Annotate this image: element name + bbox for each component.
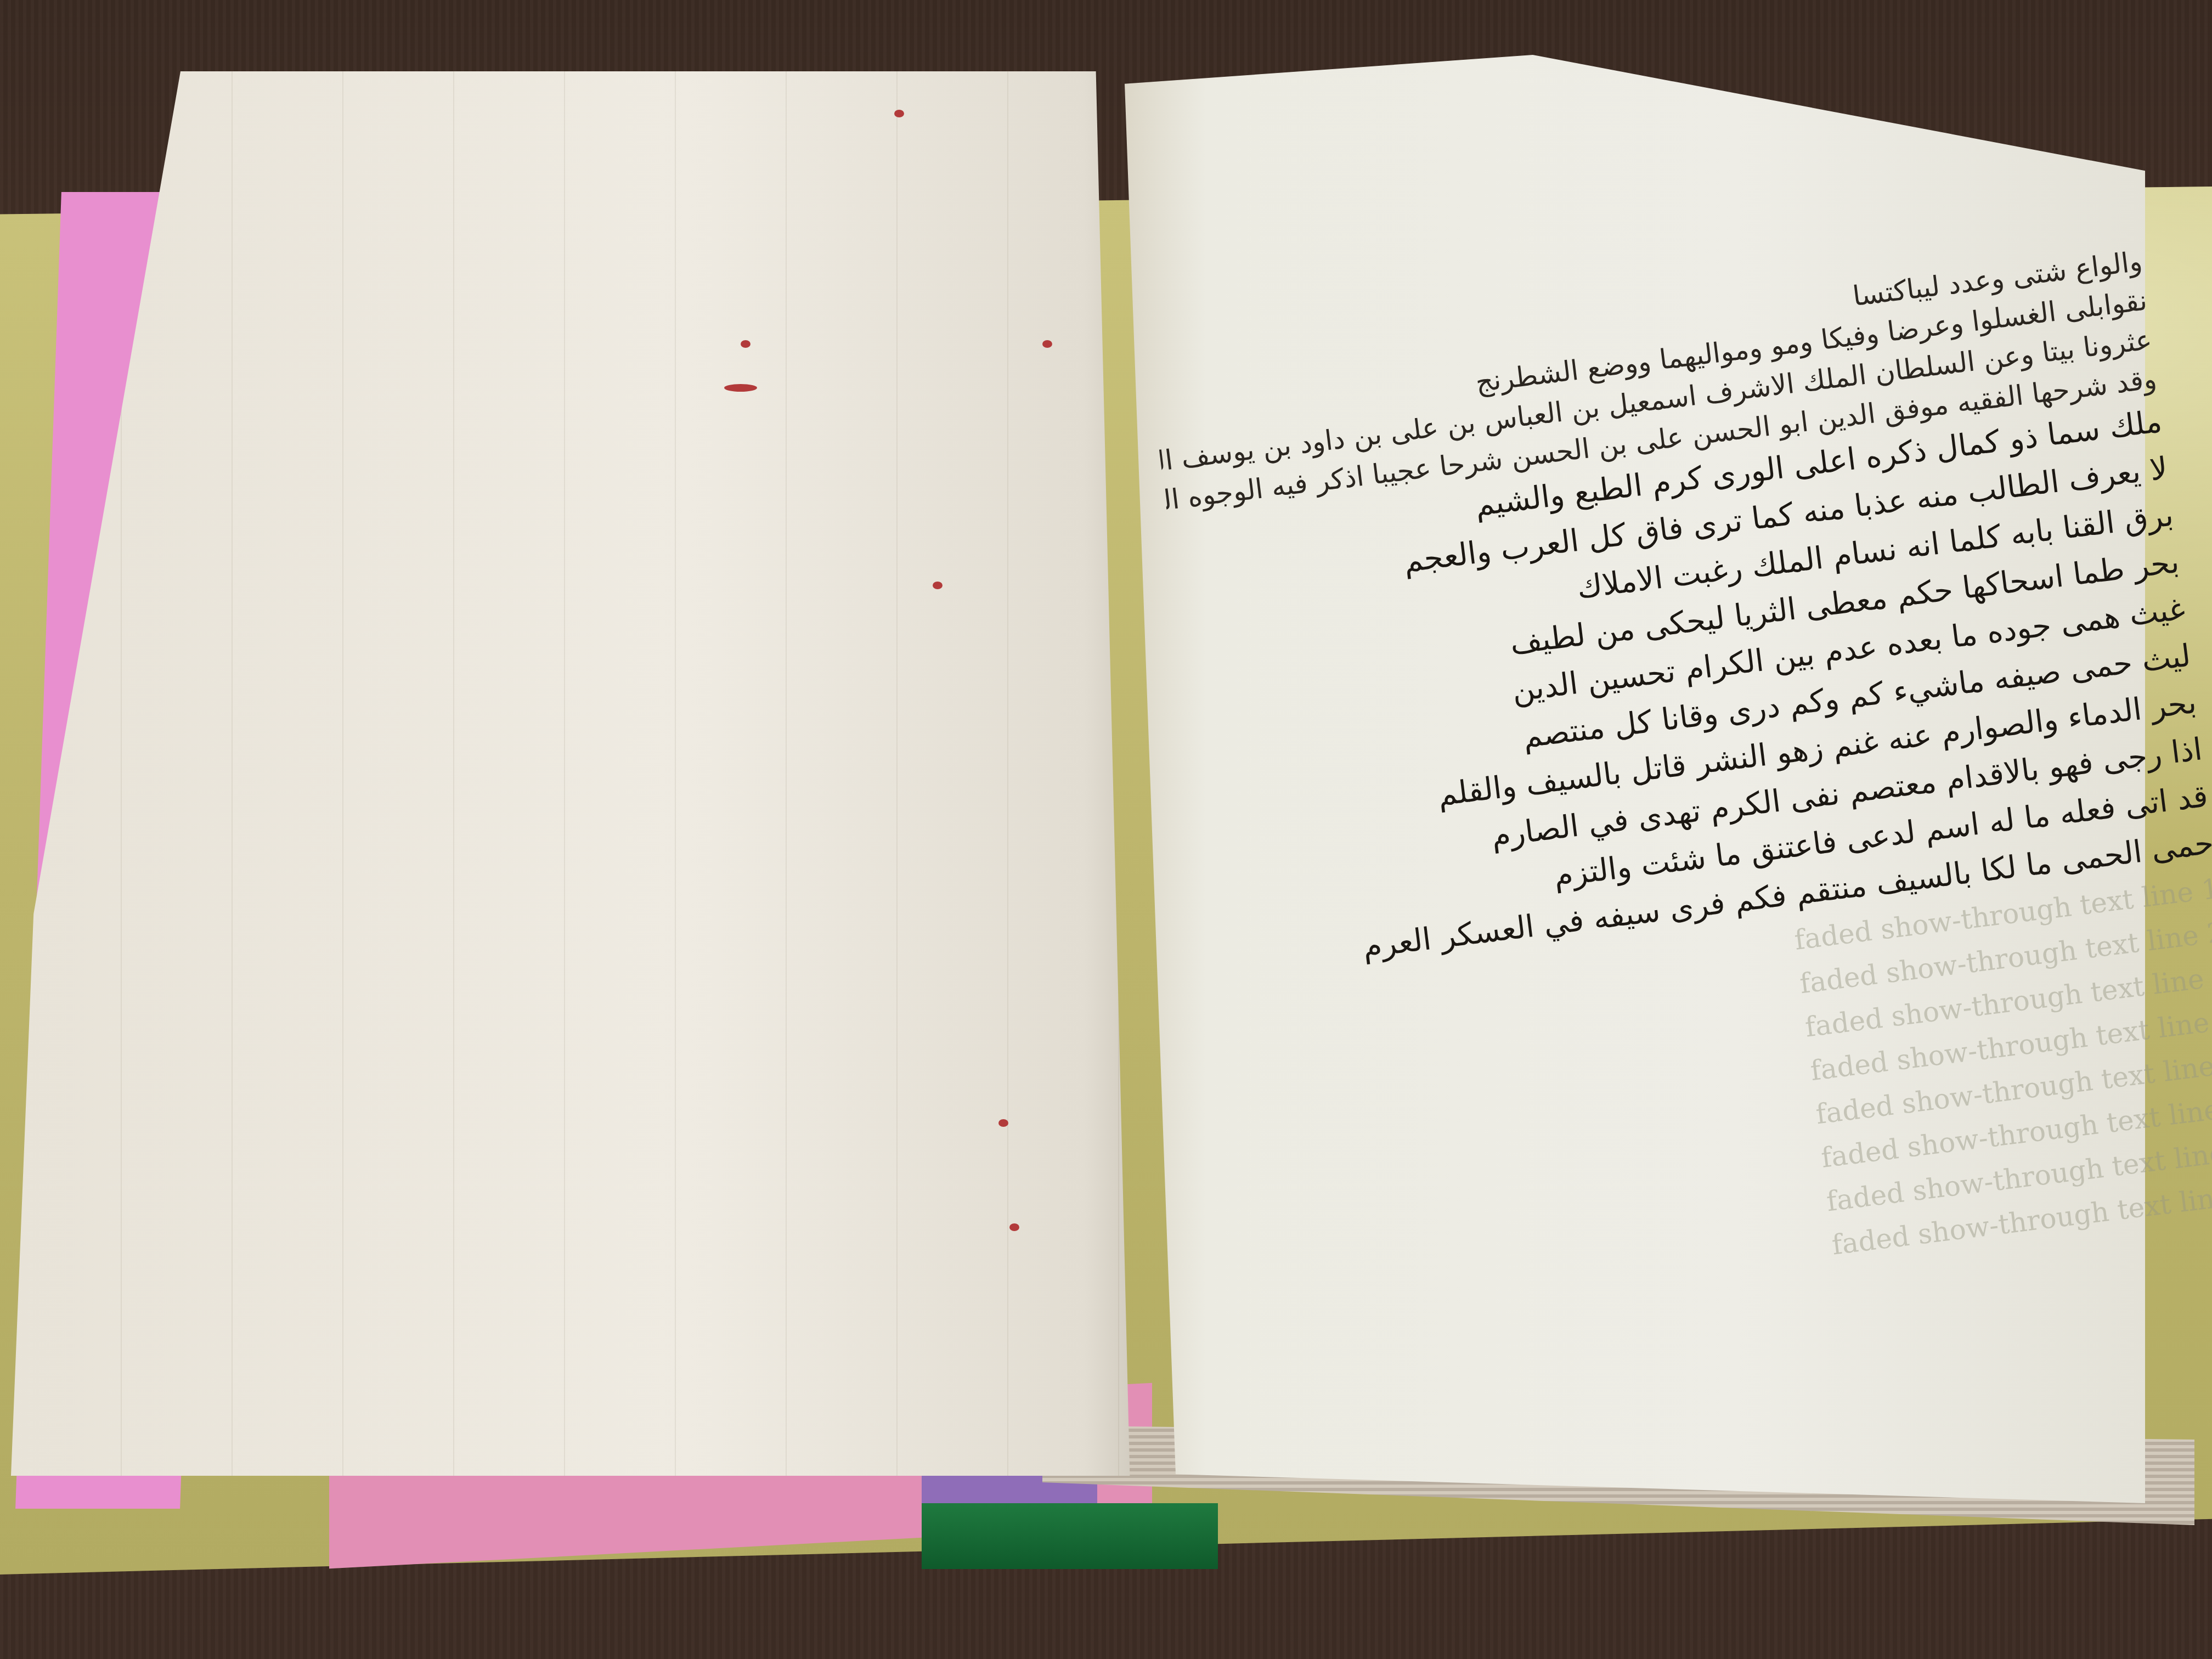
red-ink-spot [933, 582, 943, 589]
red-ink-spot [894, 110, 904, 117]
red-ink-spot [1009, 1223, 1019, 1231]
red-ink-spot [1042, 340, 1052, 348]
red-ink-spot [998, 1119, 1008, 1127]
red-ink-spot [741, 340, 751, 348]
left-page-chain-lines [11, 71, 1141, 1476]
spine-green-tape [922, 1503, 1218, 1569]
red-ink-spot [724, 384, 757, 392]
manuscript-text-block: والواع شتى وعدد ليباكتسا نقوابلى الغسلوا… [1149, 241, 2212, 1289]
